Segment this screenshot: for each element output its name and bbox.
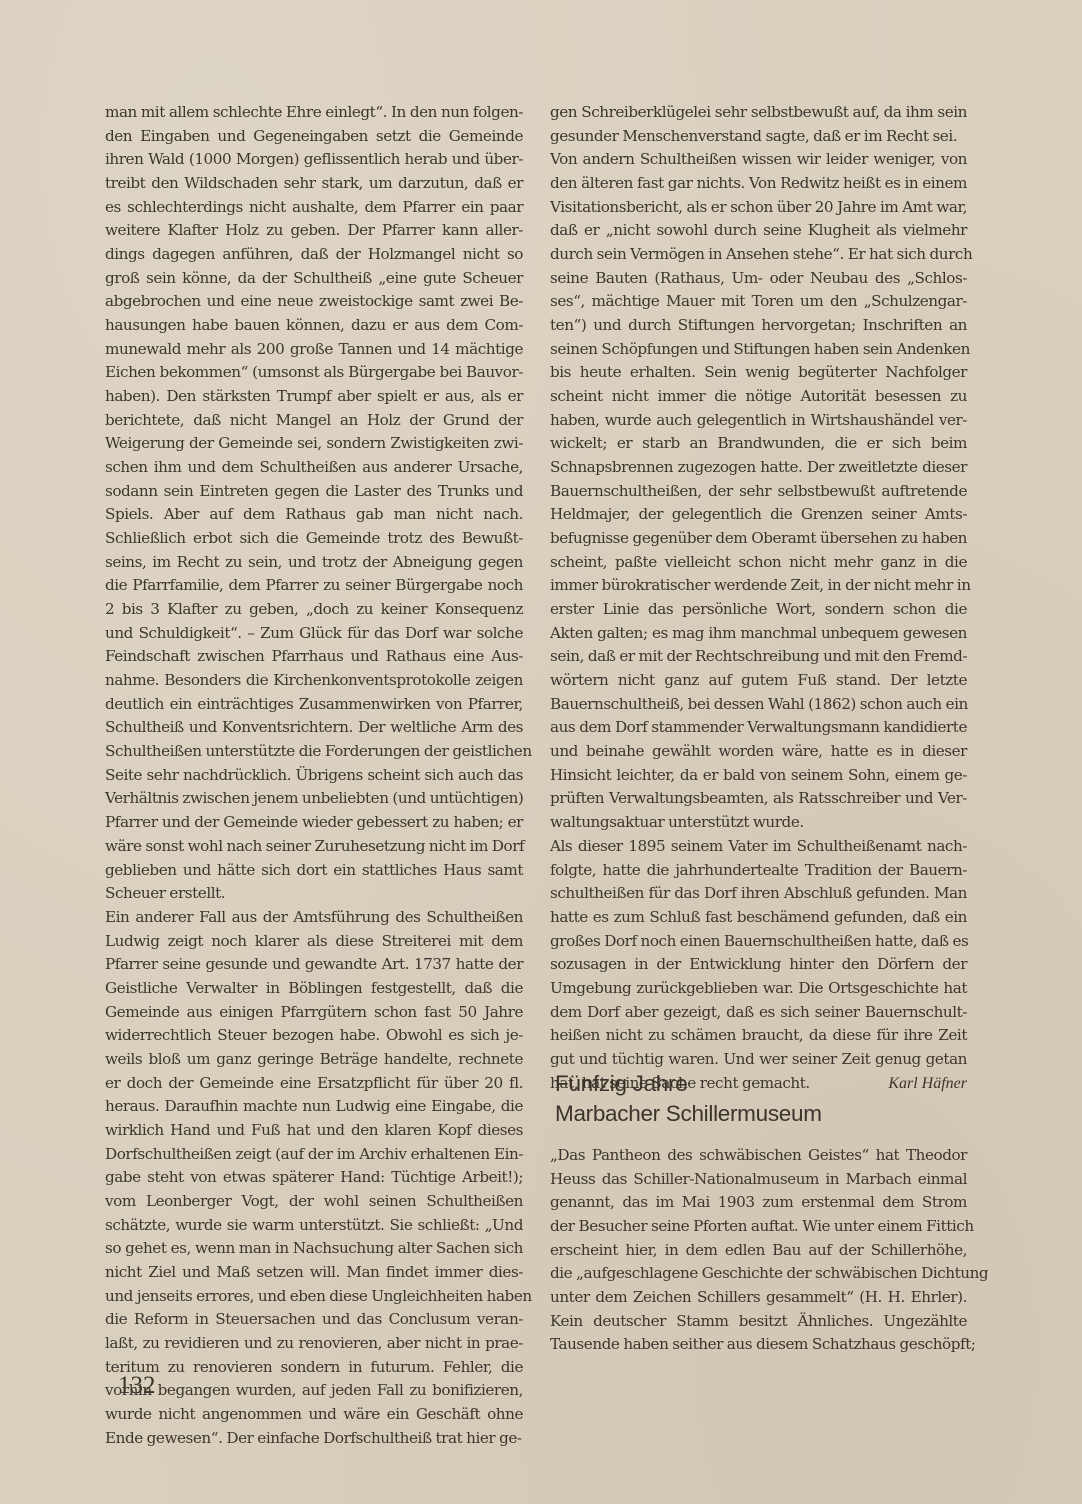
text-line: prüften Verwaltungsbeamten, als Ratsschr… (550, 787, 967, 811)
article-heading: Fünfzig Jahre Marbacher Schillermuseum (555, 1069, 975, 1129)
text-line: laßt, zu revidieren und zu renovieren, a… (105, 1332, 523, 1356)
text-line: großes Dorf noch einen Bauernschultheiße… (550, 930, 967, 954)
text-line: ihren Wald (1000 Morgen) geflissentlich … (105, 148, 523, 172)
text-line: Ludwig zeigt noch klarer als diese Strei… (105, 930, 523, 954)
text-line: scheint, paßte vielleicht schon nicht me… (550, 551, 967, 575)
text-line: hatte es zum Schluß fast beschämend gefu… (550, 906, 967, 930)
text-line: haben). Den stärksten Trumpf aber spielt… (105, 385, 523, 409)
text-line: teritum zu renovieren sondern in futurum… (105, 1356, 523, 1380)
text-line: Schließlich erbot sich die Gemeinde trot… (105, 527, 523, 551)
text-line: Schultheißen unterstützte die Forderunge… (105, 740, 523, 764)
text-line: Bauernschultheißen, der sehr selbstbewuß… (550, 480, 967, 504)
text-line: Umgebung zurückgeblieben war. Die Ortsge… (550, 977, 967, 1001)
text-line: Pfarrer seine gesunde und gewandte Art. … (105, 953, 523, 977)
text-line: sodann sein Eintreten gegen die Laster d… (105, 480, 523, 504)
text-line: Hinsicht leichter, da er bald von seinem… (550, 764, 967, 788)
text-line: daß er „nicht sowohl durch seine Klughei… (550, 219, 967, 243)
text-line: weitere Klafter Holz zu geben. Der Pfarr… (105, 219, 523, 243)
text-line: Seite sehr nachdrücklich. Übrigens schei… (105, 764, 523, 788)
text-line: wurde nicht angenommen und wäre ein Gesc… (105, 1403, 523, 1427)
text-line: dings dagegen anführen, daß der Holzmang… (105, 243, 523, 267)
text-line: Dorfschultheißen zeigt (auf der im Archi… (105, 1143, 523, 1167)
text-line: Scheuer erstellt. (105, 882, 523, 906)
text-line: nahme. Besonders die Kirchenkonventsprot… (105, 669, 523, 693)
text-line: „Das Pantheon des schwäbischen Geistes“ … (550, 1144, 967, 1168)
text-line: gut und tüchtig waren. Und wer seiner Ze… (550, 1048, 967, 1072)
text-line: er doch der Gemeinde eine Ersatzpflicht … (105, 1072, 523, 1096)
text-line: Bauernschultheiß, bei dessen Wahl (1862)… (550, 693, 967, 717)
text-line: schen ihm und dem Schultheißen aus ander… (105, 456, 523, 480)
text-line: waltungsaktuar unterstützt wurde. (550, 811, 967, 835)
text-line: Schultheiß und Konventsrichtern. Der wel… (105, 716, 523, 740)
text-line: Kein deutscher Stamm besitzt Ähnliches. … (550, 1310, 967, 1334)
text-line: die „aufgeschlagene Geschichte der schwä… (550, 1262, 967, 1286)
text-line: heraus. Daraufhin machte nun Ludwig eine… (105, 1095, 523, 1119)
text-line: vorhin begangen wurden, auf jeden Fall z… (105, 1379, 523, 1403)
text-line: Heuss das Schiller-Nationalmuseum in Mar… (550, 1168, 967, 1192)
text-line: es schlechterdings nicht aushalte, dem P… (105, 196, 523, 220)
text-line: seinen Schöpfungen und Stiftungen haben … (550, 338, 967, 362)
text-line: Eichen bekommen“ (umsonst als Bürgergabe… (105, 361, 523, 385)
text-line: unter dem Zeichen Schillers gesammelt“ (… (550, 1286, 967, 1310)
text-line: der Besucher seine Pforten auftat. Wie u… (550, 1215, 967, 1239)
article-title-line-1: Fünfzig Jahre (555, 1069, 975, 1099)
text-line: Gemeinde aus einigen Pfarrgütern schon f… (105, 1001, 523, 1025)
text-line: schultheißen für das Dorf ihren Abschluß… (550, 882, 967, 906)
text-line: bis heute erhalten. Sein wenig begüterte… (550, 361, 967, 385)
text-line: Als dieser 1895 seinem Vater im Schulthe… (550, 835, 967, 859)
text-line: und Schuldigkeit“. – Zum Glück für das D… (105, 622, 523, 646)
text-line: die Pfarrfamilie, dem Pfarrer zu seiner … (105, 574, 523, 598)
text-line: scheint nicht immer die nötige Autorität… (550, 385, 967, 409)
text-line: Weigerung der Gemeinde sei, sondern Zwis… (105, 432, 523, 456)
text-line: sein, daß er mit der Rechtschreibung und… (550, 645, 967, 669)
text-line: weils bloß um ganz geringe Beträge hande… (105, 1048, 523, 1072)
text-line: 2 bis 3 Klafter zu geben, „doch zu keine… (105, 598, 523, 622)
text-line: und jenseits errores, und eben diese Ung… (105, 1285, 523, 1309)
text-line: und beinahe gewählt worden wäre, hatte e… (550, 740, 967, 764)
text-line: hausungen habe bauen können, dazu er aus… (105, 314, 523, 338)
text-line: nicht Ziel und Maß setzen will. Man find… (105, 1261, 523, 1285)
text-line: dem Dorf aber gezeigt, daß es sich seine… (550, 1001, 967, 1025)
text-line: befugnisse gegenüber dem Oberamt überseh… (550, 527, 967, 551)
text-line: abgebrochen und eine neue zweistockige s… (105, 290, 523, 314)
text-line: durch sein Vermögen in Ansehen stehe“. E… (550, 243, 967, 267)
text-line: folgte, hatte die jahrhundertealte Tradi… (550, 859, 967, 883)
text-line: den älteren fast gar nichts. Von Redwitz… (550, 172, 967, 196)
text-line: Von andern Schultheißen wissen wir leide… (550, 148, 967, 172)
text-line: wäre sonst wohl nach seiner Zuruhesetzun… (105, 835, 523, 859)
text-line: treibt den Wildschaden sehr stark, um da… (105, 172, 523, 196)
text-line: so gehet es, wenn man in Nachsuchung alt… (105, 1237, 523, 1261)
text-line: die Reform in Steuersachen und das Concl… (105, 1308, 523, 1332)
text-line: groß sein könne, da der Schultheiß „eine… (105, 267, 523, 291)
text-line: seins, im Recht zu sein, und trotz der A… (105, 551, 523, 575)
text-line: Schnapsbrennen zugezogen hatte. Der zwei… (550, 456, 967, 480)
text-line: erscheint hier, in dem edlen Bau auf der… (550, 1239, 967, 1263)
text-line: Akten galten; es mag ihm manchmal unbequ… (550, 622, 967, 646)
page-number: 132 (118, 1372, 156, 1400)
text-line: erster Linie das persönliche Wort, sonde… (550, 598, 967, 622)
text-line: haben, wurde auch gelegentlich in Wirtsh… (550, 409, 967, 433)
text-line: schätzte, wurde sie warm unterstützt. Si… (105, 1214, 523, 1238)
text-line: gesunder Menschenverstand sagte, daß er … (550, 125, 967, 149)
text-line: man mit allem schlechte Ehre einlegt“. I… (105, 101, 523, 125)
right-column: gen Schreiberklügelei sehr selbstbewußt … (550, 101, 967, 1095)
text-line: vom Leonberger Vogt, der wohl seinen Sch… (105, 1190, 523, 1214)
text-line: geblieben und hätte sich dort ein stattl… (105, 859, 523, 883)
text-line: heißen nicht zu schämen braucht, da dies… (550, 1024, 967, 1048)
text-line: wickelt; er starb an Brandwunden, die er… (550, 432, 967, 456)
text-line: berichtete, daß nicht Mangel an Holz der… (105, 409, 523, 433)
text-line: immer bürokratischer werdende Zeit, in d… (550, 574, 967, 598)
text-line: widerrechtlich Steuer bezogen habe. Obwo… (105, 1024, 523, 1048)
text-line: Visitationsbericht, als er schon über 20… (550, 196, 967, 220)
text-line: genannt, das im Mai 1903 zum erstenmal d… (550, 1191, 967, 1215)
article-title-line-2: Marbacher Schillermuseum (555, 1099, 975, 1129)
text-line: sozusagen in der Entwicklung hinter den … (550, 953, 967, 977)
text-line: seine Bauten (Rathaus, Um- oder Neubau d… (550, 267, 967, 291)
text-line: Heldmajer, der gelegentlich die Grenzen … (550, 503, 967, 527)
text-line: munewald mehr als 200 große Tannen und 1… (105, 338, 523, 362)
text-line: Pfarrer und der Gemeinde wieder gebesser… (105, 811, 523, 835)
text-line: Ende gewesen“. Der einfache Dorfschulthe… (105, 1427, 523, 1451)
left-column: man mit allem schlechte Ehre einlegt“. I… (105, 101, 523, 1450)
text-line: deutlich ein einträchtiges Zusammenwirke… (105, 693, 523, 717)
text-line: Spiels. Aber auf dem Rathaus gab man nic… (105, 503, 523, 527)
text-line: Feindschaft zwischen Pfarrhaus und Ratha… (105, 645, 523, 669)
text-line: den Eingaben und Gegeneingaben setzt die… (105, 125, 523, 149)
text-line: ses“, mächtige Mauer mit Toren um den „S… (550, 290, 967, 314)
text-line: ten“) und durch Stiftungen hervorgetan; … (550, 314, 967, 338)
text-line: gabe steht von etwas späterer Hand: Tüch… (105, 1166, 523, 1190)
text-line: gen Schreiberklügelei sehr selbstbewußt … (550, 101, 967, 125)
article2-body: „Das Pantheon des schwäbischen Geistes“ … (550, 1144, 967, 1357)
document-page: man mit allem schlechte Ehre einlegt“. I… (0, 0, 1082, 1504)
text-line: wirklich Hand und Fuß hat und den klaren… (105, 1119, 523, 1143)
text-line: Tausende haben seither aus diesem Schatz… (550, 1333, 967, 1357)
text-line: aus dem Dorf stammender Verwaltungsmann … (550, 716, 967, 740)
text-line: wörtern nicht ganz auf gutem Fuß stand. … (550, 669, 967, 693)
text-line: Verhältnis zwischen jenem unbeliebten (u… (105, 787, 523, 811)
text-line: Geistliche Verwalter in Böblingen festge… (105, 977, 523, 1001)
text-line: Ein anderer Fall aus der Amtsführung des… (105, 906, 523, 930)
